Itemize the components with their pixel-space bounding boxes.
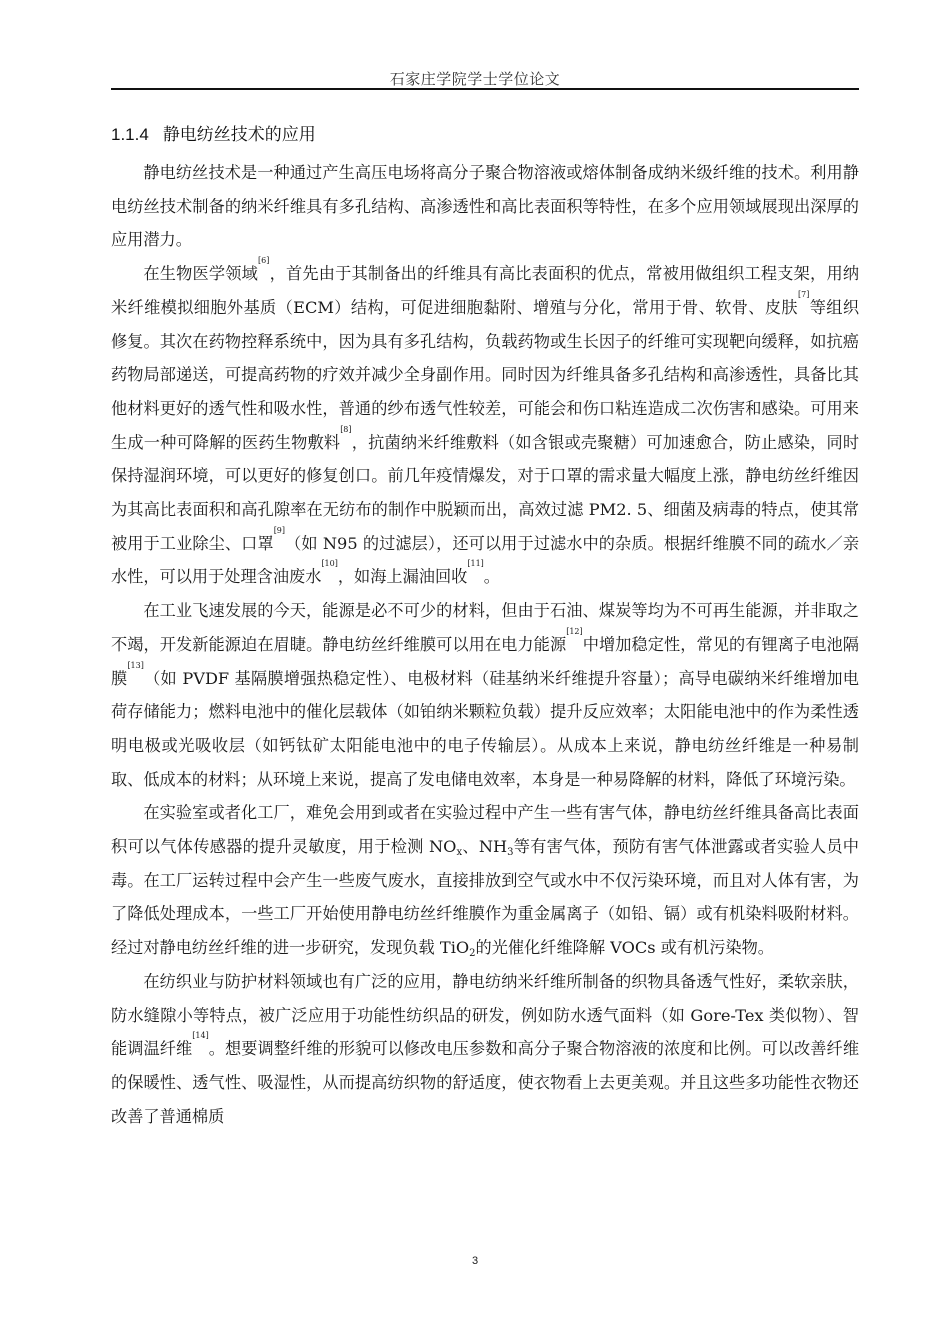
citation-ref: [11] [467,559,483,568]
subscript: 3 [507,847,513,858]
section-number: 1.1.4 [111,125,149,144]
citation-ref: [6] [258,256,269,265]
citation-ref: [12] [566,627,582,636]
subscript: x [456,847,462,858]
text-run: 在生物医学领域 [143,264,258,283]
citation-ref: [10] [321,559,337,568]
running-header: 石家庄学院学士学位论文 [0,68,950,89]
header-rule [111,88,859,90]
paragraph-biomedical: 在生物医学领域[6]，首先由于其制备出的纤维具有高比表面积的优点，常被用做组织工… [111,257,859,594]
text-run: （如 PVDF 基隔膜增强热稳定性）、电极材料（硅基纳米纤维提升容量）；高导电碳… [111,669,859,789]
text-run: 的光催化纤维降解 VOCs 或有机污染物。 [476,938,774,957]
text-run: 等组织修复。其次在药物控释系统中，因为具有多孔结构，负载药物或生长因子的纤维可实… [111,298,859,452]
body-text: 静电纺丝技术是一种通过产生高压电场将高分子聚合物溶液或熔体制备成纳米级纤维的技术… [111,156,859,1133]
page-number: 3 [0,1255,950,1267]
citation-ref: [8] [340,425,351,434]
text-run: 、NH [462,837,507,856]
citation-ref: [7] [798,290,809,299]
text-run: 。 [484,567,500,586]
section-heading: 1.1.4静电纺丝技术的应用 [111,120,316,145]
citation-ref: [14] [192,1031,208,1040]
text-run: ，如海上漏油回收 [338,567,468,586]
paragraph-environment: 在实验室或者化工厂，难免会用到或者在实验过程中产生一些有害气体，静电纺丝纤维具备… [111,796,859,965]
citation-ref: [9] [274,526,285,535]
paragraph-textiles: 在纺织业与防护材料领域也有广泛的应用，静电纺纳米纤维所制备的织物具备透气性好，柔… [111,965,859,1134]
paragraph-intro: 静电纺丝技术是一种通过产生高压电场将高分子聚合物溶液或熔体制备成纳米级纤维的技术… [111,156,859,257]
paragraph-energy: 在工业飞速发展的今天，能源是必不可少的材料，但由于石油、煤炭等均为不可再生能源，… [111,594,859,796]
text-run: 。想要调整纤维的形貌可以修改电压参数和高分子聚合物溶液的浓度和比例。可以改善纤维… [111,1039,859,1125]
section-title: 静电纺丝技术的应用 [163,125,316,145]
citation-ref: [13] [127,661,143,670]
subscript: 2 [469,948,475,959]
